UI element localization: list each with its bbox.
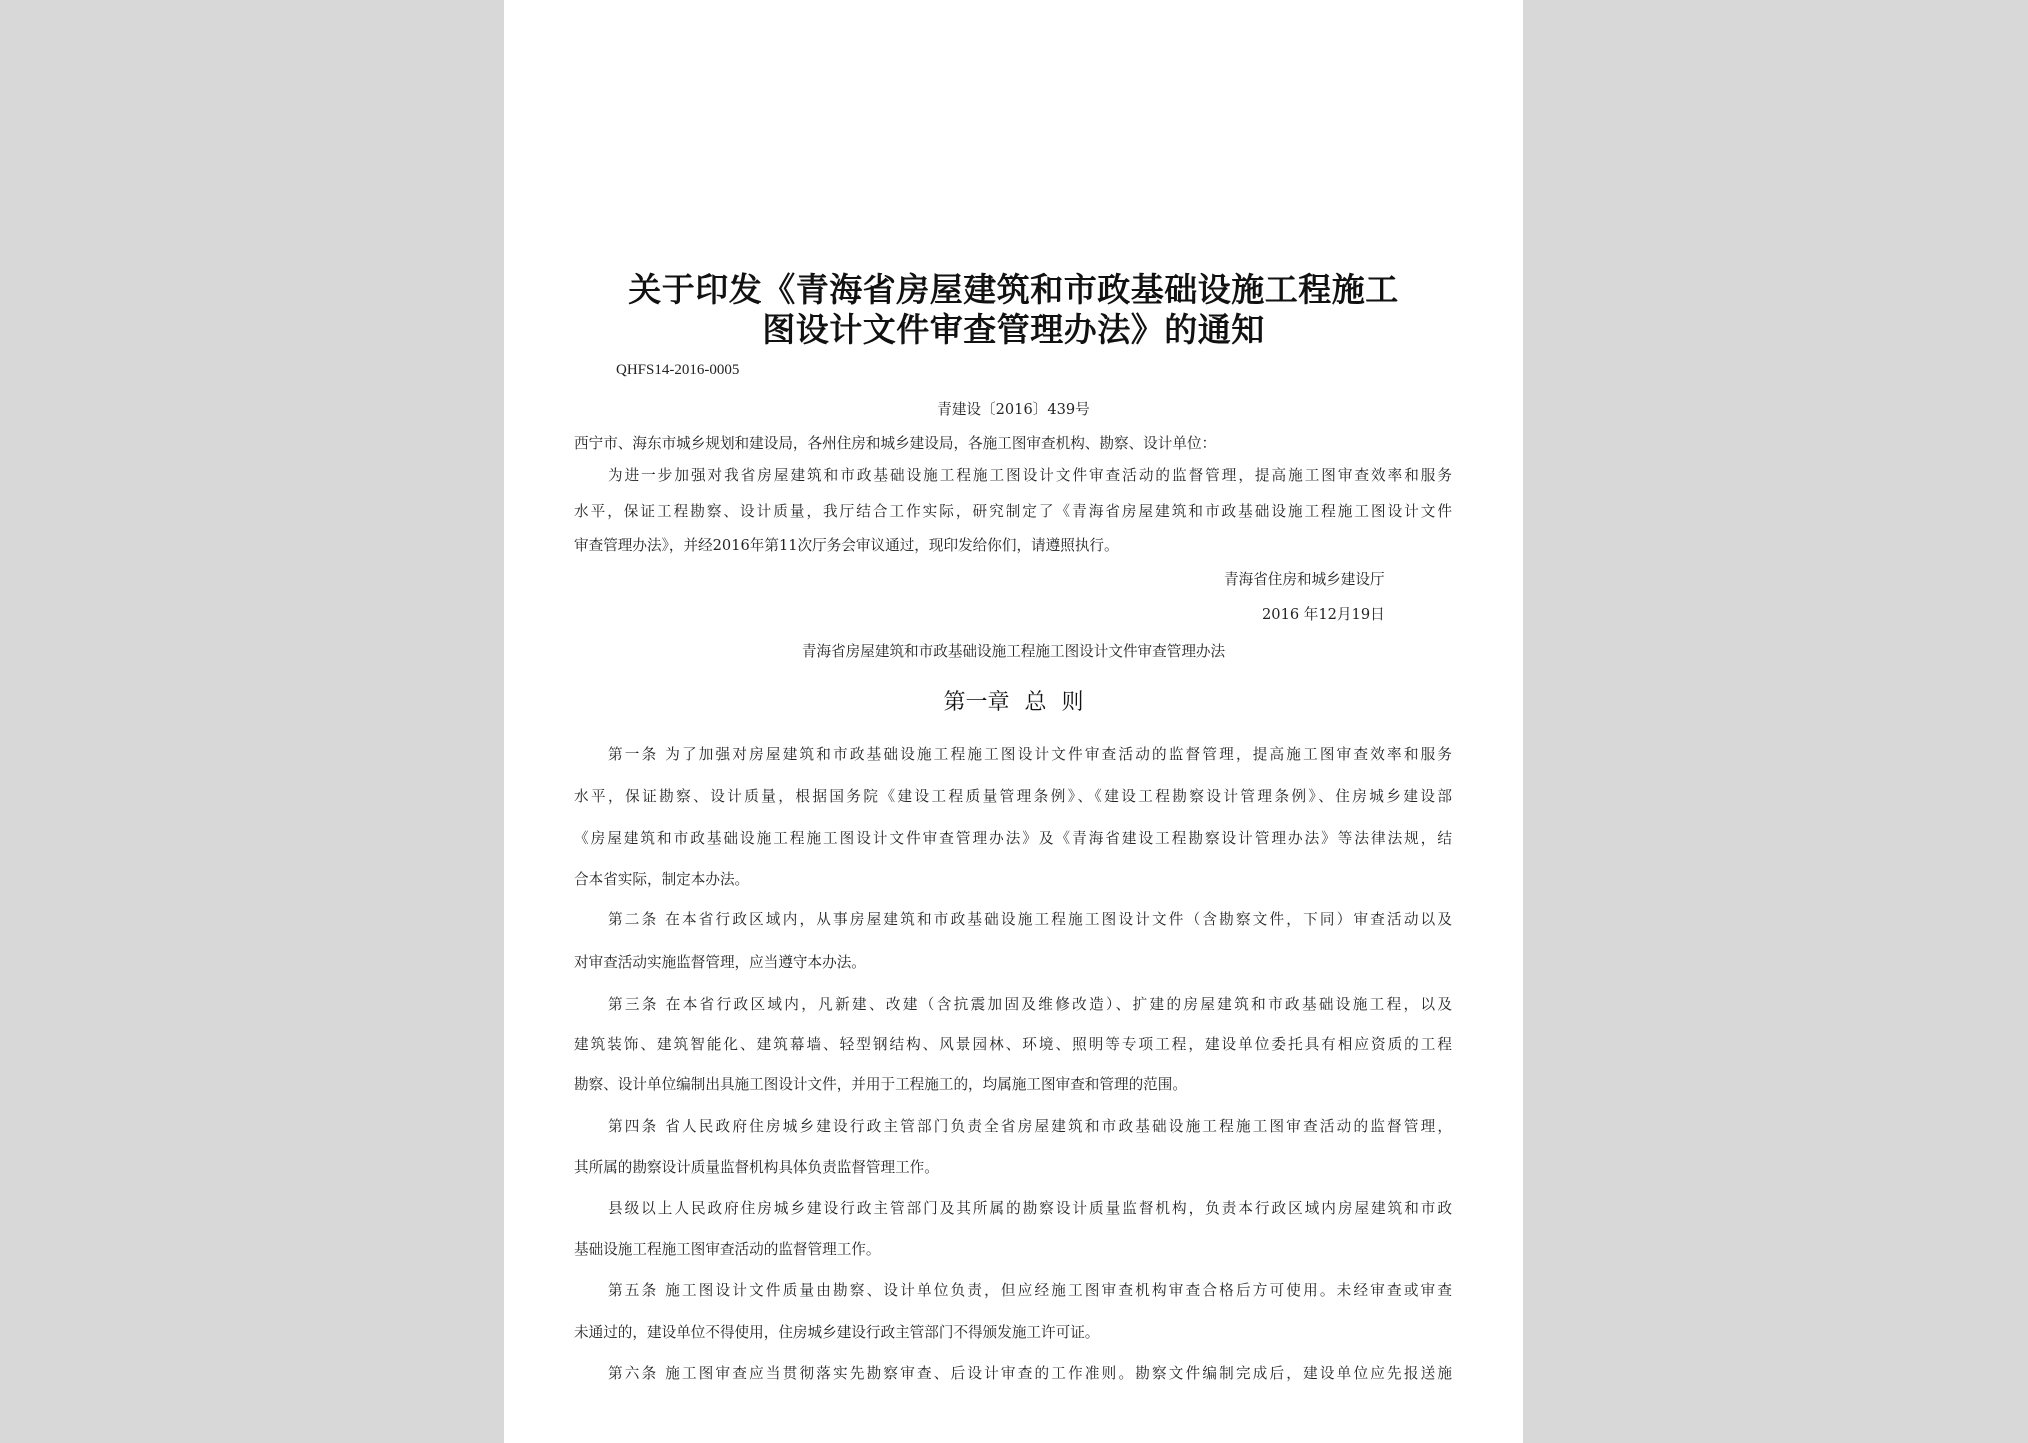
article-3-line-3: 勘察、设计单位编制出具施工图设计文件，并用于工程施工的，均属施工图审查和管理的范…	[574, 1075, 1187, 1095]
article-5-line-2: 未通过的，建设单位不得使用，住房城乡建设行政主管部门不得颁发施工许可证。	[574, 1323, 1099, 1343]
article-3-line-2: 建筑装饰、建筑智能化、建筑幕墙、轻型钢结构、风景园林、环境、照明等专项工程，建设…	[574, 1035, 1452, 1055]
issuer: 青海省住房和城乡建设厅	[1224, 570, 1385, 590]
article-1-line-1: 第一条 为了加强对房屋建筑和市政基础设施工程施工图设计文件审查活动的监督管理，提…	[608, 745, 1452, 765]
issue-number: 青建设〔2016〕439号	[504, 400, 1523, 420]
article-4-para-2-line-1: 县级以上人民政府住房城乡建设行政主管部门及其所属的勘察设计质量监督机构，负责本行…	[608, 1199, 1452, 1219]
intro-line-3: 审查管理办法》，并经2016年第11次厅务会审议通过，现印发给你们，请遵照执行。	[574, 536, 1119, 556]
article-4-para-2-line-2: 基础设施工程施工图审查活动的监督管理工作。	[574, 1240, 880, 1260]
article-5-line-1: 第五条 施工图设计文件质量由勘察、设计单位负责，但应经施工图审查机构审查合格后方…	[608, 1281, 1452, 1301]
article-4-line-1: 第四条 省人民政府住房城乡建设行政主管部门负责全省房屋建筑和市政基础设施工程施工…	[608, 1117, 1452, 1137]
document-code: QHFS14-2016-0005	[616, 362, 739, 379]
article-3-line-1: 第三条 在本省行政区域内，凡新建、改建（含抗震加固及维修改造）、扩建的房屋建筑和…	[608, 995, 1452, 1015]
issue-date: 2016 年12月19日	[1262, 605, 1385, 625]
article-2-line-1: 第二条 在本省行政区域内，从事房屋建筑和市政基础设施工程施工图设计文件（含勘察文…	[608, 910, 1452, 930]
article-1-line-2: 水平，保证勘察、设计质量，根据国务院《建设工程质量管理条例》、《建设工程勘察设计…	[574, 787, 1452, 807]
intro-line-2: 水平，保证工程勘察、设计质量，我厅结合工作实际，研究制定了《青海省房屋建筑和市政…	[574, 502, 1452, 522]
regulation-subtitle: 青海省房屋建筑和市政基础设施工程施工图设计文件审查管理办法	[504, 642, 1523, 662]
chapter-title: 第一章 总 则	[504, 689, 1523, 717]
article-2-line-2: 对审查活动实施监督管理，应当遵守本办法。	[574, 953, 866, 973]
article-1-line-4: 合本省实际，制定本办法。	[574, 870, 749, 890]
addressee: 西宁市、海东市城乡规划和建设局，各州住房和城乡建设局，各施工图审查机构、勘察、设…	[574, 434, 1216, 454]
article-4-line-2: 其所属的勘察设计质量监督机构具体负责监督管理工作。	[574, 1158, 939, 1178]
article-6-line-1: 第六条 施工图审查应当贯彻落实先勘察审查、后设计审查的工作准则。勘察文件编制完成…	[608, 1364, 1452, 1384]
intro-line-1: 为进一步加强对我省房屋建筑和市政基础设施工程施工图设计文件审查活动的监督管理，提…	[608, 466, 1452, 486]
document-title-line-1: 关于印发《青海省房屋建筑和市政基础设施工程施工	[504, 270, 1523, 310]
article-1-line-3: 《房屋建筑和市政基础设施工程施工图设计文件审查管理办法》及《青海省建设工程勘察设…	[574, 829, 1452, 849]
document-page: 关于印发《青海省房屋建筑和市政基础设施工程施工 图设计文件审查管理办法》的通知 …	[504, 0, 1523, 1443]
document-title-line-2: 图设计文件审查管理办法》的通知	[504, 310, 1523, 350]
